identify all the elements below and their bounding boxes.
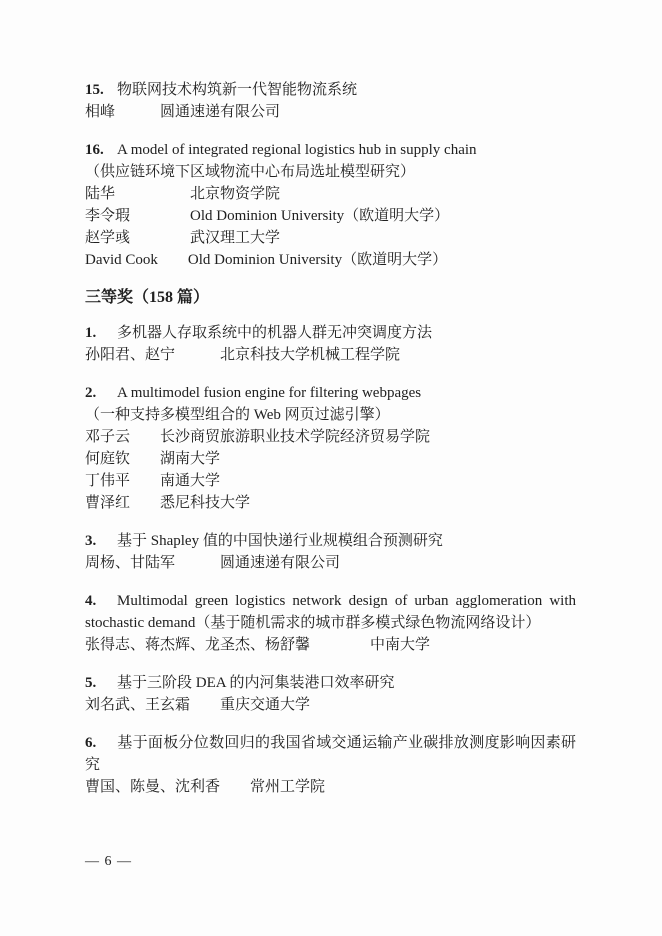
author-line: 邓子云 长沙商贸旅游职业技术学院经济贸易学院 (85, 426, 576, 448)
page-number-footer: — 6 — (85, 851, 132, 873)
award-entry-16: 16.A model of integrated regional logist… (85, 139, 576, 271)
author-line: 相峰 圆通速递有限公司 (85, 101, 576, 123)
entry-title-line: 3.基于 Shapley 值的中国快递行业规模组合预测研究 (85, 530, 576, 552)
entry-title-line: 1.多机器人存取系统中的机器人群无冲突调度方法 (85, 322, 576, 344)
award-entry-15: 15.物联网技术构筑新一代智能物流系统 相峰 圆通速递有限公司 (85, 79, 576, 123)
entry-title-line: 5.基于三阶段 DEA 的内河集装港口效率研究 (85, 672, 576, 694)
document-page: 15.物联网技术构筑新一代智能物流系统 相峰 圆通速递有限公司 16.A mod… (0, 0, 662, 936)
award-entry-3: 3.基于 Shapley 值的中国快递行业规模组合预测研究 周杨、甘陆军 圆通速… (85, 530, 576, 574)
author-line: 李令瑕 Old Dominion University（欧道明大学） (85, 205, 576, 227)
entry-title: 物联网技术构筑新一代智能物流系统 (117, 82, 357, 98)
author-line: David Cook Old Dominion University（欧道明大学… (85, 249, 576, 271)
author-line: 赵学彧 武汉理工大学 (85, 227, 576, 249)
award-entry-5: 5.基于三阶段 DEA 的内河集装港口效率研究 刘名武、王玄霜 重庆交通大学 (85, 672, 576, 716)
entry-number: 5. (85, 672, 117, 694)
author-line: 张得志、蒋杰辉、龙圣杰、杨舒馨 中南大学 (85, 634, 576, 656)
award-entry-2: 2.A multimodel fusion engine for filteri… (85, 382, 576, 514)
section-heading-third-prize: 三等奖（158 篇） (85, 287, 576, 309)
entry-title-line: 15.物联网技术构筑新一代智能物流系统 (85, 79, 576, 101)
entry-title: A multimodel fusion engine for filtering… (117, 385, 421, 401)
entry-subtitle: （供应链环境下区域物流中心布局选址模型研究） (85, 161, 576, 183)
entry-number: 2. (85, 382, 117, 404)
author-line: 曹泽红 悉尼科技大学 (85, 492, 576, 514)
entry-number: 16. (85, 139, 117, 161)
entry-number: 4. (85, 590, 117, 612)
entry-title: 基于三阶段 DEA 的内河集装港口效率研究 (117, 675, 395, 691)
entry-title-line: 4.Multimodal green logistics network des… (85, 590, 576, 634)
entry-subtitle: （一种支持多模型组合的 Web 网页过滤引擎） (85, 404, 576, 426)
author-line: 周杨、甘陆军 圆通速递有限公司 (85, 552, 576, 574)
entry-number: 15. (85, 79, 117, 101)
entry-title-line: 2.A multimodel fusion engine for filteri… (85, 382, 576, 404)
author-line: 孙阳君、赵宁 北京科技大学机械工程学院 (85, 344, 576, 366)
entry-title-line: 6.基于面板分位数回归的我国省域交通运输产业碳排放测度影响因素研究 (85, 732, 576, 776)
award-entry-1: 1.多机器人存取系统中的机器人群无冲突调度方法 孙阳君、赵宁 北京科技大学机械工… (85, 322, 576, 366)
entry-number: 3. (85, 530, 117, 552)
entry-title: 基于面板分位数回归的我国省域交通运输产业碳排放测度影响因素研究 (85, 735, 576, 773)
author-line: 何庭钦 湖南大学 (85, 448, 576, 470)
award-entry-6: 6.基于面板分位数回归的我国省域交通运输产业碳排放测度影响因素研究 曹国、陈曼、… (85, 732, 576, 798)
entry-title: 多机器人存取系统中的机器人群无冲突调度方法 (117, 325, 432, 341)
award-entry-4: 4.Multimodal green logistics network des… (85, 590, 576, 656)
entry-title: 基于 Shapley 值的中国快递行业规模组合预测研究 (117, 533, 443, 549)
author-line: 曹国、陈曼、沈利香 常州工学院 (85, 776, 576, 798)
author-line: 丁伟平 南通大学 (85, 470, 576, 492)
entry-number: 6. (85, 732, 117, 754)
entry-title: A model of integrated regional logistics… (117, 142, 477, 158)
entry-title-line: 16.A model of integrated regional logist… (85, 139, 576, 161)
author-line: 陆华 北京物资学院 (85, 183, 576, 205)
author-line: 刘名武、王玄霜 重庆交通大学 (85, 694, 576, 716)
entry-title: Multimodal green logistics network desig… (85, 593, 576, 631)
entry-number: 1. (85, 322, 117, 344)
